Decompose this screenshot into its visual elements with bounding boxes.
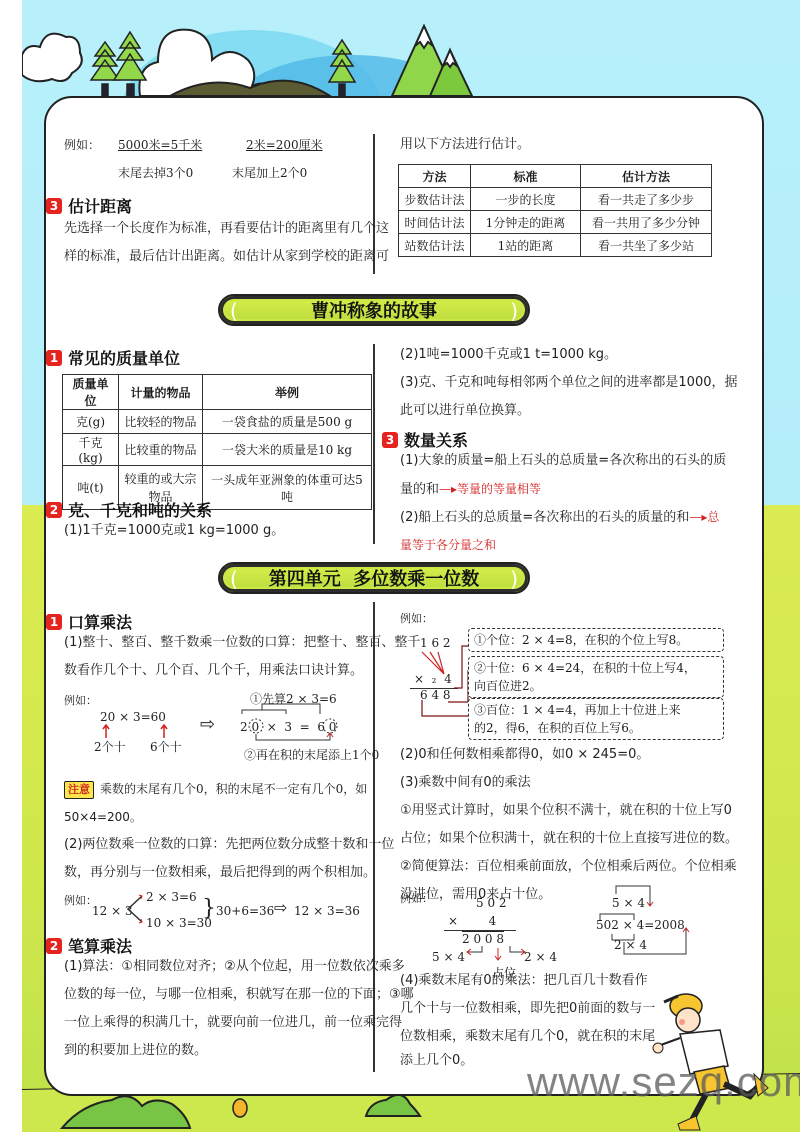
example-caption: 6个十 <box>150 732 182 762</box>
paragraph-line: (2)1吨=1000千克或1 t=1000 kg。 <box>400 340 617 370</box>
example-label: 例如： <box>64 130 100 160</box>
step-box: ②十位：6 × 4=24，在积的十位上写4， 向百位进2。 <box>468 656 724 698</box>
paragraph-line: (1)整十、整百、整千数乘一位数的口算：把整十、整百、整千 <box>64 628 420 658</box>
table-header: 标准 <box>471 165 581 188</box>
watermark: www.sezq.com <box>527 1058 800 1106</box>
annotation-note: 等量的等量相等 <box>457 482 541 496</box>
paragraph-line: (1)大象的质量=船上石头的总质量=各次称出的石头的质 <box>400 446 726 476</box>
brace-icon: } <box>202 894 216 924</box>
table-header: 估计方法 <box>581 165 712 188</box>
table-row: 时间估计法 1分钟走的距离 看一共用了多少分钟 <box>399 211 712 234</box>
right-arrow-icon: ⇨ <box>274 893 287 923</box>
example-caption: 2个十 <box>94 732 126 762</box>
paragraph-line: 先选择一个长度作为标准，再看要估计的距离里有几个这 <box>64 214 389 244</box>
example-label: 例如： <box>400 884 433 914</box>
bracket-arrow-diagram <box>596 884 708 966</box>
page: 例如： 5000米=5千米 末尾去掉3个0 2米=200厘米 末尾加上2个0 3… <box>22 0 800 1132</box>
example-equation: 30+6=36 <box>216 896 274 926</box>
paragraph-line: 数看作几个十、几个百、几个千，用乘法口诀计算。 <box>64 656 363 686</box>
paragraph-line: ②简便算法：百位相乘前面放，个位相乘后两位。个位相乘 <box>400 852 737 882</box>
step-label: ②再在积的末尾添上1个0 <box>244 740 379 770</box>
step-box: ③百位：1 × 4=4，再加上十位进上来 的2，得6，在积的百位上写6。 <box>468 698 724 740</box>
paragraph-line: (3)乘数中间有0的乘法 <box>400 768 531 798</box>
paragraph-line: 添上几个0。 <box>400 1046 473 1076</box>
table-header: 方法 <box>399 165 471 188</box>
banner-decoration: ) <box>510 567 518 591</box>
note-tag: 注意 <box>64 781 94 799</box>
estimation-methods-table: 方法 标准 估计方法 步数估计法 一步的长度 看一共走了多少步 时间估计法 1分… <box>398 164 712 257</box>
section-number-badge: 3 <box>382 432 398 448</box>
paragraph-line: ①用竖式计算时，如果个位积不满十，就在积的十位上写0 <box>400 796 732 826</box>
example-equation: 12 × 3=36 <box>294 896 360 926</box>
section-title: 常见的质量单位 <box>68 346 180 369</box>
table-header: 质量单位 <box>63 375 119 410</box>
paragraph-line: 位数的每一位，与哪一位相乘，积就写在那一位的下面；③哪 <box>64 980 414 1010</box>
header-scenery <box>22 0 800 110</box>
annotation-note: 量等于各分量之和 <box>400 530 496 560</box>
example-label: 例如： <box>64 686 97 716</box>
banner-decoration: ) <box>510 299 518 323</box>
stone-icon <box>233 1099 247 1117</box>
paragraph-line: (4)乘数末尾有0的乘法：把几百几十数看作 <box>400 966 648 996</box>
section-number-badge: 2 <box>46 938 62 954</box>
arrows-diagram <box>454 944 528 964</box>
example-equation: 2米=200厘米 <box>246 130 323 160</box>
paragraph-line: (3)克、千克和吨每相邻两个单位之间的进率都是1000，据 <box>400 368 738 398</box>
banner-title: 第四单元 多位数乘一位数 <box>269 565 480 591</box>
note-line: 注意乘数的末尾有几个0，积的末尾不一定有几个0，如 <box>64 774 367 804</box>
table-row: 千克(kg) 比较重的物品 一袋大米的质量是10 kg <box>63 434 372 466</box>
section-number-badge: 2 <box>46 502 62 518</box>
example-caption: 末尾加上2个0 <box>232 158 307 188</box>
paragraph-line: (2)0和任何数相乘都得0，如0 × 245=0。 <box>400 740 649 770</box>
paragraph-line: 几个十与一位数相乘，即先把0前面的数与一 <box>400 994 655 1024</box>
table-header: 举例 <box>203 375 372 410</box>
unit-banner: ( 第四单元 多位数乘一位数 ) <box>218 562 530 594</box>
paragraph-line: (2)船上石头的总质量=各次称出的石头的质量的和—▸总 <box>400 502 719 533</box>
banner-decoration: ( <box>230 567 238 591</box>
section-number-badge: 3 <box>46 198 62 214</box>
note-line: 50×4=200。 <box>64 802 142 832</box>
example-caption: 末尾去掉3个0 <box>118 158 193 188</box>
example-equation: 5000米=5千米 <box>118 130 202 160</box>
step-box: ①个位：2 × 4=8，在积的个位上写8。 <box>468 628 724 652</box>
banner-decoration: ( <box>230 299 238 323</box>
right-arrow-icon: ⇨ <box>200 710 215 740</box>
banner-title: 曹冲称象的故事 <box>311 297 437 323</box>
intro-text: 用以下方法进行估计。 <box>400 130 530 160</box>
paragraph-line: 到的积要加上进位的数。 <box>64 1036 207 1066</box>
paragraph-line: (1)算法：①相同数位对齐；②从个位起，用一位数依次乘多 <box>64 952 405 982</box>
paragraph-line: 一位上乘得的积满几十，就要向前一位进几，前一位乘完得 <box>64 1008 402 1038</box>
paragraph-line: 量的和—▸等量的等量相等 <box>400 474 541 505</box>
table-header: 计量的物品 <box>119 375 203 410</box>
table-row: 站数估计法 1站的距离 看一共坐了多少站 <box>399 234 712 257</box>
arrow-icon: —▸ <box>439 482 457 496</box>
mass-units-table: 质量单位 计量的物品 举例 克(g) 比较轻的物品 一袋食盐的质量是500 g … <box>62 374 372 510</box>
table-row: 克(g) 比较轻的物品 一袋食盐的质量是500 g <box>63 410 372 434</box>
paragraph-line: (2)两位数乘一位数的口算：先把两位数分成整十数和一位 <box>64 830 394 860</box>
section-banner: ( 曹冲称象的故事 ) <box>218 294 530 326</box>
section-number-badge: 1 <box>46 350 62 366</box>
paragraph-line: 样的标准，最后估计出距离。如估计从家到学校的距离可 <box>64 242 389 272</box>
paragraph-line: 数，再分别与一位数相乘，最后把得到的两个积相加。 <box>64 858 376 888</box>
table-row: 步数估计法 一步的长度 看一共走了多少步 <box>399 188 712 211</box>
split-arrow-icon <box>126 892 144 926</box>
column-divider <box>373 344 375 544</box>
paragraph-line: 此可以进行单位换算。 <box>400 396 530 426</box>
paragraph-line: 占位；如果个位积满十，就在积的十位上直接写进位的数。 <box>400 824 738 854</box>
section-heading-mass-units: 1 常见的质量单位 <box>46 346 180 369</box>
paragraph-line: (1)1千克=1000克或1 kg=1000 g。 <box>64 516 284 546</box>
arrow-icon: —▸ <box>689 510 707 524</box>
section-number-badge: 1 <box>46 614 62 630</box>
